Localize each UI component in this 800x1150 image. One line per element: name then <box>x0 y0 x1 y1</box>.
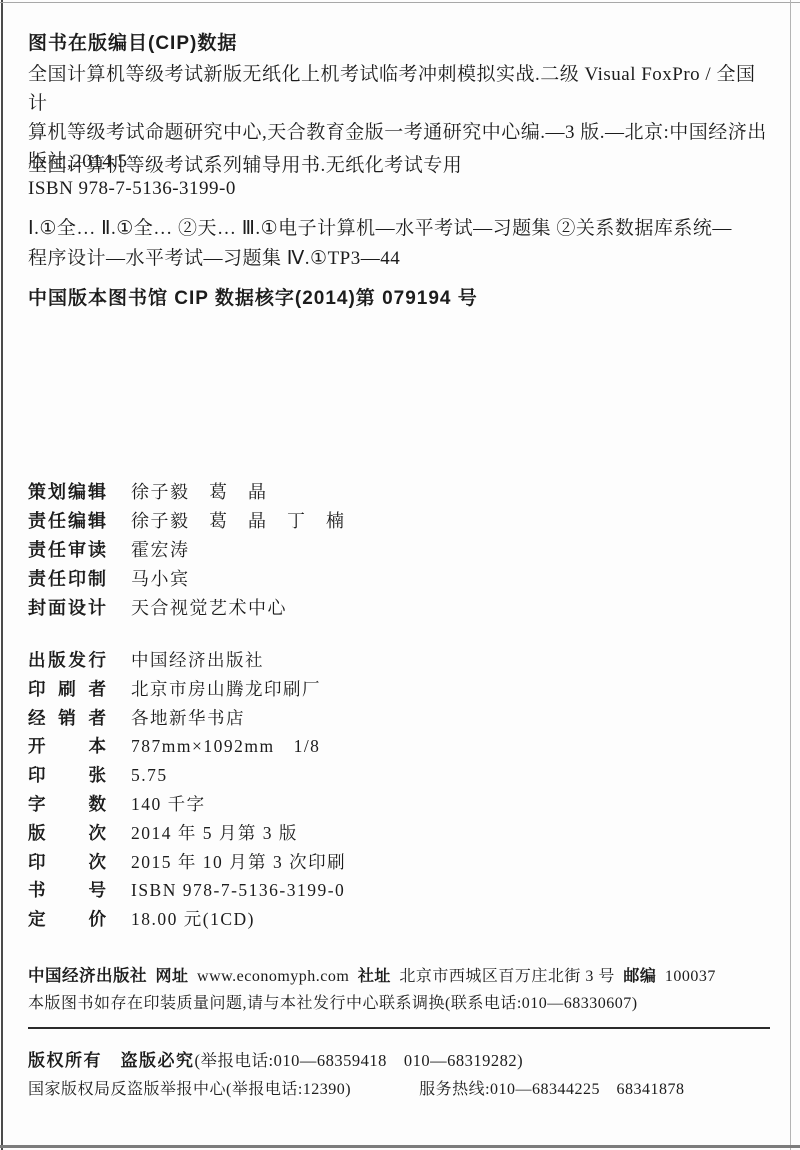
copyright-notice: 版权所有 盗版必究(举报电话:010—68359418 010—68319282… <box>28 1046 770 1071</box>
zip-label: 邮编 <box>623 968 656 985</box>
credit-row: 责任编辑 徐子毅 葛 晶 丁 楠 <box>28 507 770 536</box>
credit-value: 徐子毅 葛 晶 丁 楠 <box>131 507 346 536</box>
colophon-label: 经销者 <box>28 704 106 733</box>
cip-series-note: 全国计算机等级考试系列辅导用书.无纸化考试专用 <box>28 150 770 177</box>
credit-value: 徐子毅 葛 晶 <box>131 478 268 507</box>
credit-value: 霍宏涛 <box>131 536 190 565</box>
cip-classification-line: Ⅰ.①全… Ⅱ.①全… ②天… Ⅲ.①电子计算机—水平考试—习题集 ②关系数据库… <box>28 214 770 244</box>
credit-label: 责任审读 <box>28 536 106 565</box>
colophon-row: 印刷者 北京市房山腾龙印刷厂 <box>28 675 770 704</box>
colophon-row: 书号 ISBN 978-7-5136-3199-0 <box>28 876 770 905</box>
colophon-row: 印次 2015 年 10 月第 3 次印刷 <box>28 848 770 877</box>
colophon-row: 版次 2014 年 5 月第 3 版 <box>28 819 770 848</box>
page-edge-right <box>790 0 791 1150</box>
colophon-value: ISBN 978-7-5136-3199-0 <box>131 876 345 905</box>
copyright-page: 图书在版编目(CIP)数据 全国计算机等级考试新版无纸化上机考试临考冲刺模拟实战… <box>0 0 800 1150</box>
colophon-value: 140 千字 <box>131 790 206 819</box>
credit-label: 责任印制 <box>28 565 106 594</box>
divider-rule <box>28 1027 770 1029</box>
piracy-report-center: 国家版权局反盗版举报中心(举报电话:12390) <box>28 1076 351 1099</box>
colophon-row: 印张 5.75 <box>28 761 770 790</box>
editorial-credits: 策划编辑 徐子毅 葛 晶 责任编辑 徐子毅 葛 晶 丁 楠 责任审读 霍宏涛 责… <box>28 478 770 623</box>
colophon-row: 定价 18.00 元(1CD) <box>28 905 770 934</box>
credit-label: 策划编辑 <box>28 478 106 507</box>
credit-row: 责任审读 霍宏涛 <box>28 536 770 565</box>
colophon-value: 5.75 <box>131 761 168 790</box>
page-edge-left <box>1 0 3 1150</box>
cip-header: 图书在版编目(CIP)数据 <box>28 28 770 55</box>
colophon-label: 印张 <box>28 761 106 790</box>
cip-registry-number: 中国版本图书馆 CIP 数据核字(2014)第 079194 号 <box>28 283 770 310</box>
page-edge-bottom <box>0 1145 800 1148</box>
colophon-row: 开本 787mm×1092mm 1/8 <box>28 732 770 761</box>
colophon-row: 出版发行 中国经济出版社 <box>28 646 770 675</box>
colophon-label: 开本 <box>28 732 106 761</box>
colophon-value: 中国经济出版社 <box>131 646 264 675</box>
colophon-row: 字数 140 千字 <box>28 790 770 819</box>
colophon-value: 18.00 元(1CD) <box>131 905 255 934</box>
credit-value: 马小宾 <box>131 565 190 594</box>
credit-label: 封面设计 <box>28 594 106 623</box>
colophon-value: 2014 年 5 月第 3 版 <box>131 819 298 848</box>
credit-value: 天合视觉艺术中心 <box>131 594 287 623</box>
colophon-label: 版次 <box>28 819 106 848</box>
publisher-name: 中国经济出版社 <box>28 967 147 985</box>
service-hotline: 服务热线:010—68344225 68341878 <box>419 1076 684 1099</box>
credit-row: 策划编辑 徐子毅 葛 晶 <box>28 478 770 507</box>
colophon-value: 787mm×1092mm 1/8 <box>131 732 320 761</box>
copyright-agency-line: 国家版权局反盗版举报中心(举报电话:12390) 服务热线:010—683442… <box>28 1076 770 1099</box>
colophon-value: 2015 年 10 月第 3 次印刷 <box>131 848 346 877</box>
address-label: 社址 <box>358 968 391 985</box>
page-edge-top <box>0 2 800 3</box>
quality-notice: 本版图书如存在印装质量问题,请与本社发行中心联系调换(联系电话:010—6833… <box>28 990 770 1017</box>
publisher-zip: 100037 <box>665 968 716 985</box>
publisher-address: 北京市西城区百万庄北街 3 号 <box>399 968 615 985</box>
publisher-contact-line: 中国经济出版社 网址 www.economyph.com 社址 北京市西城区百万… <box>28 963 770 990</box>
colophon-label: 印刷者 <box>28 675 106 704</box>
publisher-contact: 中国经济出版社 网址 www.economyph.com 社址 北京市西城区百万… <box>28 963 770 1017</box>
credit-row: 封面设计 天合视觉艺术中心 <box>28 594 770 623</box>
copyright-bold-text: 版权所有 盗版必究 <box>28 1051 195 1070</box>
credit-row: 责任印制 马小宾 <box>28 565 770 594</box>
colophon-value: 各地新华书店 <box>131 704 245 733</box>
website-label: 网址 <box>156 968 189 985</box>
publisher-website: www.economyph.com <box>197 968 349 985</box>
colophon: 出版发行 中国经济出版社 印刷者 北京市房山腾龙印刷厂 经销者 各地新华书店 开… <box>28 646 770 934</box>
cip-isbn: ISBN 978-7-5136-3199-0 <box>28 178 770 200</box>
cip-classification-line: 程序设计—水平考试—习题集 Ⅳ.①TP3—44 <box>28 244 770 274</box>
colophon-label: 字数 <box>28 790 106 819</box>
colophon-row: 经销者 各地新华书店 <box>28 704 770 733</box>
cip-description-line: 全国计算机等级考试新版无纸化上机考试临考冲刺模拟实战.二级 Visual Fox… <box>28 60 770 118</box>
cip-classification: Ⅰ.①全… Ⅱ.①全… ②天… Ⅲ.①电子计算机—水平考试—习题集 ②关系数据库… <box>28 214 770 274</box>
copyright-report-phones: (举报电话:010—68359418 010—68319282) <box>195 1051 524 1070</box>
credit-label: 责任编辑 <box>28 507 106 536</box>
colophon-label: 印次 <box>28 848 106 877</box>
colophon-label: 书号 <box>28 876 106 905</box>
cip-description-line: 算机等级考试命题研究中心,天合教育金版一考通研究中心编.—3 版.—北京:中国经… <box>28 118 770 147</box>
colophon-value: 北京市房山腾龙印刷厂 <box>131 675 321 704</box>
colophon-label: 定价 <box>28 905 106 934</box>
colophon-label: 出版发行 <box>28 646 106 675</box>
